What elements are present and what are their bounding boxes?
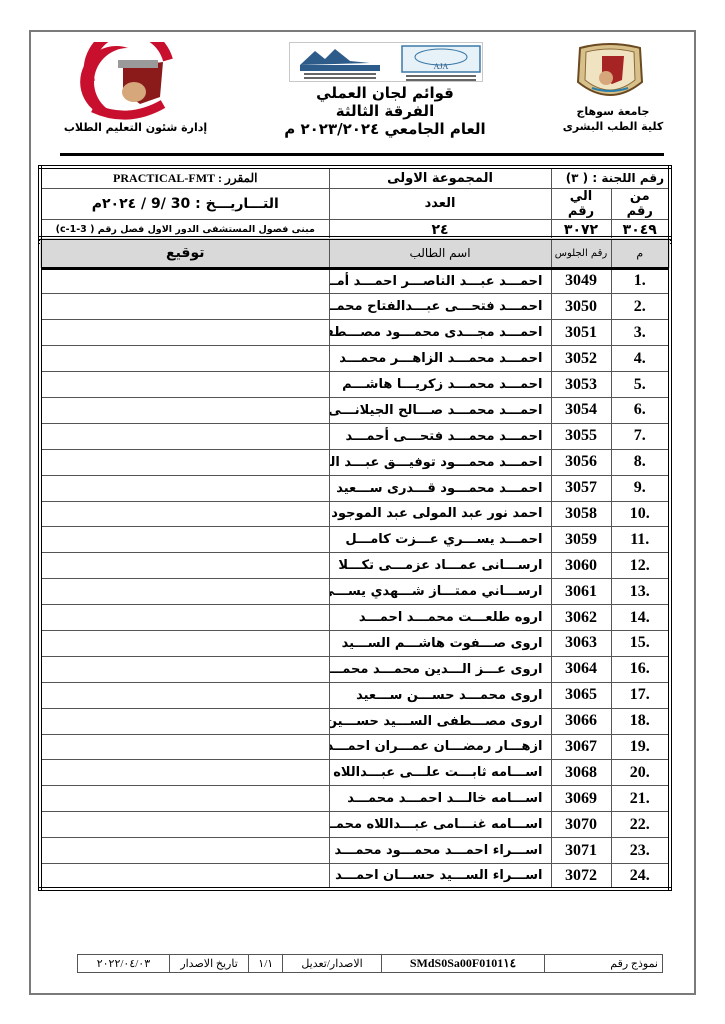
row-index: 8. (611, 449, 670, 475)
table-row: 22.3070اســـامه غنـــامى عبـــداللاه محم… (40, 812, 670, 838)
row-index: 13. (611, 579, 670, 605)
committee-info-table: رقم اللجنة : ( ٣) المجموعة الاولى المقرر… (38, 165, 672, 244)
table-row: 6.3054احمـــد محمـــد صـــالح الجيلانـــ… (40, 397, 670, 423)
row-index: 21. (611, 786, 670, 812)
group-name: المجموعة الاولى (329, 167, 551, 188)
table-row: 16.3064اروى عـــز الـــدين محمـــد محمــ… (40, 656, 670, 682)
form-footer-table: نموذج رقم SMdS0Sa00F0101١٤ الاصدار/تعديل… (77, 954, 663, 973)
row-seat-number: 3052 (551, 346, 611, 372)
table-row: 5.3053احمـــد محمـــد زكريـــا هاشـــم (40, 372, 670, 398)
row-student-name: ارســـاني ممتـــاز شـــهدي يســـى (329, 579, 551, 605)
exam-date: التـــاريـــخ : 30 /9 / ٢٠٢٤م (40, 188, 329, 219)
row-seat-number: 3058 (551, 501, 611, 527)
header-signature: توقيع (40, 238, 329, 268)
row-seat-number: 3051 (551, 320, 611, 346)
row-seat-number: 3050 (551, 294, 611, 320)
row-index: 11. (611, 527, 670, 553)
row-signature-field[interactable] (40, 656, 329, 682)
row-student-name: احمـــد محمـــد زكريـــا هاشـــم (329, 372, 551, 398)
faculty-name: كلية الطب البشرى (548, 119, 678, 134)
title-practical-committees: قوائم لجان العملي (240, 84, 530, 102)
row-signature-field[interactable] (40, 501, 329, 527)
from-number-label: من رقم (611, 188, 670, 219)
table-row: 2.3050احمـــد فتحـــى عبـــدالفتاح محمــ… (40, 294, 670, 320)
row-student-name: احمـــد محمـــد صـــالح الجيلانـــى (329, 397, 551, 423)
row-signature-field[interactable] (40, 630, 329, 656)
row-seat-number: 3062 (551, 605, 611, 631)
row-student-name: احمـــد محمـــود توفيـــق عبـــد الحميــ… (329, 449, 551, 475)
edition-value: ١/١ (249, 955, 283, 973)
row-seat-number: 3054 (551, 397, 611, 423)
table-row: 3.3051احمـــد مجـــدى محمـــود مصـــطفى (40, 320, 670, 346)
row-signature-field[interactable] (40, 268, 329, 294)
row-index: 20. (611, 760, 670, 786)
header-student-name: اسم الطالب (329, 238, 551, 268)
row-index: 2. (611, 294, 670, 320)
row-index: 4. (611, 346, 670, 372)
row-seat-number: 3053 (551, 372, 611, 398)
form-number-value: SMdS0Sa00F0101١٤ (381, 955, 544, 973)
row-signature-field[interactable] (40, 605, 329, 631)
row-seat-number: 3067 (551, 734, 611, 760)
committee-number: رقم اللجنة : ( ٣) (551, 167, 670, 188)
table-row: 24.3072اســـراء الســـيد حســـان احمـــد (40, 863, 670, 889)
row-signature-field[interactable] (40, 734, 329, 760)
row-student-name: اروى مصـــطفى الســـيد حســـين (329, 708, 551, 734)
count-label: العدد (329, 188, 551, 219)
row-student-name: اروى صـــفوت هاشـــم الســـيد (329, 630, 551, 656)
row-seat-number: 3056 (551, 449, 611, 475)
table-row: 10.3058احمد نور عبد المولى عبد الموجود (40, 501, 670, 527)
faculty-emblem-icon (68, 42, 183, 120)
row-student-name: احمـــد يســـري عـــزت كامـــل (329, 527, 551, 553)
row-index: 5. (611, 372, 670, 398)
row-signature-field[interactable] (40, 812, 329, 838)
table-row: 12.3060ارســـانى عمـــاد عزمـــى تكـــلا (40, 553, 670, 579)
row-signature-field[interactable] (40, 579, 329, 605)
row-index: 1. (611, 268, 670, 294)
header-divider (60, 153, 664, 156)
row-seat-number: 3049 (551, 268, 611, 294)
table-row: 19.3067ازهـــار رمضـــان عمـــران احمـــ… (40, 734, 670, 760)
row-signature-field[interactable] (40, 682, 329, 708)
row-signature-field[interactable] (40, 863, 329, 889)
row-signature-field[interactable] (40, 527, 329, 553)
row-student-name: ارســـانى عمـــاد عزمـــى تكـــلا (329, 553, 551, 579)
row-seat-number: 3057 (551, 475, 611, 501)
university-logo (572, 42, 648, 102)
row-index: 19. (611, 734, 670, 760)
row-student-name: احمـــد فتحـــى عبـــدالفتاح محمـــود (329, 294, 551, 320)
table-row: 14.3062اروه طلعـــت محمـــد احمـــد (40, 605, 670, 631)
document-title: قوائم لجان العملي الفرقة الثالثة العام ا… (240, 84, 530, 138)
row-student-name: اســـراء الســـيد حســـان احمـــد (329, 863, 551, 889)
row-index: 3. (611, 320, 670, 346)
row-seat-number: 3066 (551, 708, 611, 734)
issue-date-label: تاريخ الاصدار (169, 955, 248, 973)
table-row: 23.3071اســـراء احمـــد محمـــود محمـــد (40, 838, 670, 864)
faculty-logo (68, 42, 183, 120)
row-seat-number: 3072 (551, 863, 611, 889)
row-signature-field[interactable] (40, 372, 329, 398)
form-number-label: نموذج رقم (545, 955, 663, 973)
accreditation-badges-icon: AJA (290, 43, 484, 83)
row-student-name: احمـــد محمـــود قـــدرى ســـعيد (329, 475, 551, 501)
title-academic-year: العام الجامعي ٢٠٢٣/٢٠٢٤ م (240, 120, 530, 138)
row-signature-field[interactable] (40, 838, 329, 864)
row-index: 24. (611, 863, 670, 889)
title-year-level: الفرقة الثالثة (240, 102, 530, 120)
row-index: 18. (611, 708, 670, 734)
table-row: 7.3055احمـــد محمـــد فتحـــى أحمـــد (40, 423, 670, 449)
row-index: 7. (611, 423, 670, 449)
row-signature-field[interactable] (40, 708, 329, 734)
row-seat-number: 3059 (551, 527, 611, 553)
table-row: 1.3049احمـــد عبـــد الناصـــر احمـــد أ… (40, 268, 670, 294)
table-header-row: م رقم الجلوس اسم الطالب توقيع (40, 238, 670, 268)
table-row: 21.3069اســـامه خالـــد احمـــد محمـــد (40, 786, 670, 812)
table-row: 17.3065اروى محمـــد حســـن ســـعيد (40, 682, 670, 708)
row-student-name: اســـامه ثابـــت علـــى عبـــداللاه (329, 760, 551, 786)
row-student-name: اســـراء احمـــد محمـــود محمـــد (329, 838, 551, 864)
accreditation-logos: AJA (289, 42, 483, 82)
row-student-name: احمـــد مجـــدى محمـــود مصـــطفى (329, 320, 551, 346)
row-signature-field[interactable] (40, 320, 329, 346)
row-seat-number: 3055 (551, 423, 611, 449)
table-row: 18.3066اروى مصـــطفى الســـيد حســـين (40, 708, 670, 734)
row-index: 9. (611, 475, 670, 501)
row-signature-field[interactable] (40, 553, 329, 579)
row-signature-field[interactable] (40, 760, 329, 786)
row-seat-number: 3071 (551, 838, 611, 864)
svg-text:AJA: AJA (434, 62, 449, 71)
footer-divider (29, 993, 696, 995)
row-student-name: احمـــد عبـــد الناصـــر احمـــد أمـــين (329, 268, 551, 294)
edition-label: الاصدار/تعديل (283, 955, 382, 973)
table-row: 8.3056احمـــد محمـــود توفيـــق عبـــد ا… (40, 449, 670, 475)
student-affairs-caption: إدارة شئون التعليم الطلاب (58, 121, 213, 134)
course-name: المقرر : PRACTICAL-FMT (40, 167, 329, 188)
row-index: 17. (611, 682, 670, 708)
to-number-label: الي رقم (551, 188, 611, 219)
header-seat-number: رقم الجلوس (551, 238, 611, 268)
row-signature-field[interactable] (40, 475, 329, 501)
row-seat-number: 3068 (551, 760, 611, 786)
row-index: 15. (611, 630, 670, 656)
row-index: 6. (611, 397, 670, 423)
table-row: 15.3063اروى صـــفوت هاشـــم الســـيد (40, 630, 670, 656)
university-caption: جامعة سوهاج كلية الطب البشرى (548, 104, 678, 134)
row-index: 14. (611, 605, 670, 631)
row-seat-number: 3060 (551, 553, 611, 579)
header-index: م (611, 238, 670, 268)
row-student-name: اروه طلعـــت محمـــد احمـــد (329, 605, 551, 631)
row-student-name: احمـــد محمـــد الزاهـــر محمـــد (329, 346, 551, 372)
row-student-name: اروى محمـــد حســـن ســـعيد (329, 682, 551, 708)
students-table: م رقم الجلوس اسم الطالب توقيع 1.3049احمـ… (38, 236, 672, 891)
university-crest-icon (572, 42, 648, 102)
row-seat-number: 3065 (551, 682, 611, 708)
table-row: 20.3068اســـامه ثابـــت علـــى عبـــدالل… (40, 760, 670, 786)
row-student-name: احمـــد محمـــد فتحـــى أحمـــد (329, 423, 551, 449)
row-index: 10. (611, 501, 670, 527)
row-signature-field[interactable] (40, 397, 329, 423)
row-seat-number: 3069 (551, 786, 611, 812)
table-row: 4.3052احمـــد محمـــد الزاهـــر محمـــد (40, 346, 670, 372)
row-seat-number: 3064 (551, 656, 611, 682)
row-index: 22. (611, 812, 670, 838)
table-row: 13.3061ارســـاني ممتـــاز شـــهدي يســـى (40, 579, 670, 605)
issue-date-value: ٢٠٢٢/٠٤/٠٣ (78, 955, 170, 973)
row-seat-number: 3061 (551, 579, 611, 605)
row-index: 12. (611, 553, 670, 579)
row-index: 23. (611, 838, 670, 864)
row-seat-number: 3070 (551, 812, 611, 838)
row-student-name: اســـامه خالـــد احمـــد محمـــد (329, 786, 551, 812)
row-student-name: احمد نور عبد المولى عبد الموجود (329, 501, 551, 527)
row-signature-field[interactable] (40, 346, 329, 372)
table-row: 11.3059احمـــد يســـري عـــزت كامـــل (40, 527, 670, 553)
row-student-name: ازهـــار رمضـــان عمـــران احمـــد (329, 734, 551, 760)
row-student-name: اروى عـــز الـــدين محمـــد محمـــود (329, 656, 551, 682)
row-signature-field[interactable] (40, 294, 329, 320)
row-seat-number: 3063 (551, 630, 611, 656)
row-signature-field[interactable] (40, 449, 329, 475)
row-student-name: اســـامه غنـــامى عبـــداللاه محمـــد (329, 812, 551, 838)
row-index: 16. (611, 656, 670, 682)
row-signature-field[interactable] (40, 786, 329, 812)
table-row: 9.3057احمـــد محمـــود قـــدرى ســـعيد (40, 475, 670, 501)
row-signature-field[interactable] (40, 423, 329, 449)
university-name: جامعة سوهاج (548, 104, 678, 119)
